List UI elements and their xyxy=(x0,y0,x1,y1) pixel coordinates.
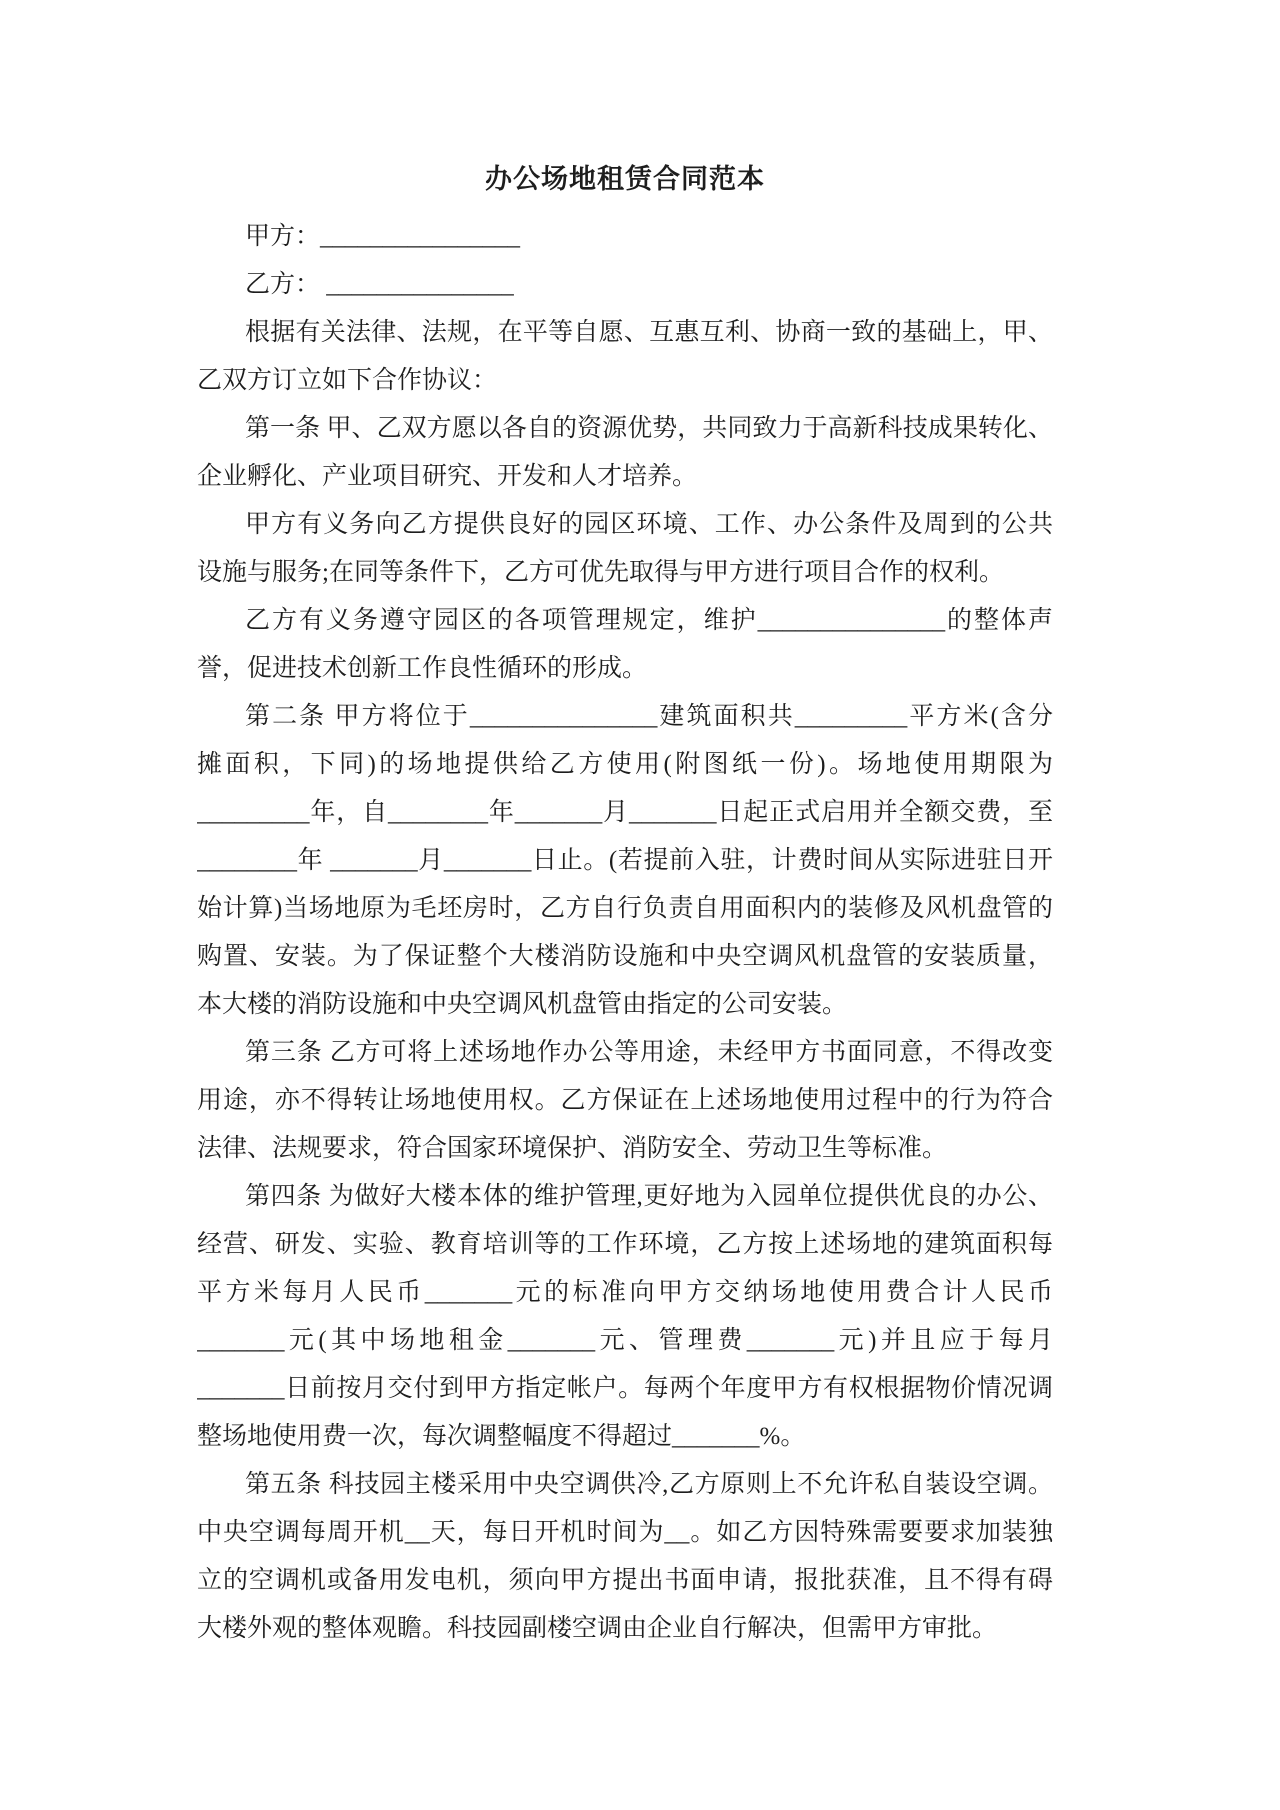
contract-line: 本大楼的消防设施和中央空调风机盘管由指定的公司安装。 xyxy=(197,981,1053,1029)
contract-line: 第二条 甲方将位于_______________建筑面积共_________平方… xyxy=(197,693,1053,741)
contract-line: 乙方有义务遵守园区的各项管理规定，维护_______________的整体声 xyxy=(197,597,1053,645)
contract-line: 立的空调机或备用发电机，须向甲方提出书面申请，报批获准，且不得有碍 xyxy=(197,1557,1053,1605)
contract-body: 甲方：________________乙方： _______________根据… xyxy=(197,213,1053,1653)
contract-line: 第一条 甲、乙双方愿以各自的资源优势，共同致力于高新科技成果转化、 xyxy=(197,405,1053,453)
contract-line: 始计算)当场地原为毛坯房时，乙方自行负责自用面积内的装修及风机盘管的 xyxy=(197,885,1053,933)
contract-line: _______元(其中场地租金_______元、管理费_______元)并且应于… xyxy=(197,1317,1053,1365)
contract-line: 设施与服务;在同等条件下，乙方可优先取得与甲方进行项目合作的权利。 xyxy=(197,549,1053,597)
contract-line: _______日前按月交付到甲方指定帐户。每两个年度甲方有权根据物价情况调 xyxy=(197,1365,1053,1413)
contract-line: 第四条 为做好大楼本体的维护管理,更好地为入园单位提供优良的办公、 xyxy=(197,1173,1053,1221)
contract-line: 甲方：________________ xyxy=(197,213,1053,261)
contract-document-page: 办公场地租赁合同范本 甲方：________________乙方： ______… xyxy=(0,0,1280,1810)
contract-line: _________年，自________年_______月_______日起正式… xyxy=(197,789,1053,837)
contract-line: 企业孵化、产业项目研究、开发和人才培养。 xyxy=(197,453,1053,501)
contract-line: 乙双方订立如下合作协议： xyxy=(197,357,1053,405)
contract-line: 整场地使用费一次，每次调整幅度不得超过_______%。 xyxy=(197,1413,1053,1461)
contract-line: 平方米每月人民币_______元的标准向甲方交纳场地使用费合计人民币 xyxy=(197,1269,1053,1317)
contract-line: 誉，促进技术创新工作良性循环的形成。 xyxy=(197,645,1053,693)
contract-line: 第三条 乙方可将上述场地作办公等用途，未经甲方书面同意，不得改变 xyxy=(197,1029,1053,1077)
contract-line: 经营、研发、实验、教育培训等的工作环境，乙方按上述场地的建筑面积每 xyxy=(197,1221,1053,1269)
contract-line: 甲方有义务向乙方提供良好的园区环境、工作、办公条件及周到的公共 xyxy=(197,501,1053,549)
contract-line: 大楼外观的整体观瞻。科技园副楼空调由企业自行解决，但需甲方审批。 xyxy=(197,1605,1053,1653)
contract-line: 购置、安装。为了保证整个大楼消防设施和中央空调风机盘管的安装质量， xyxy=(197,933,1053,981)
contract-content: 办公场地租赁合同范本 甲方：________________乙方： ______… xyxy=(197,155,1053,1653)
contract-line: 用途，亦不得转让场地使用权。乙方保证在上述场地使用过程中的行为符合 xyxy=(197,1077,1053,1125)
contract-line: 乙方： _______________ xyxy=(197,261,1053,309)
contract-line: 第五条 科技园主楼采用中央空调供冷,乙方原则上不允许私自装设空调。 xyxy=(197,1461,1053,1509)
contract-title: 办公场地租赁合同范本 xyxy=(197,155,1053,203)
contract-line: 摊面积，下同)的场地提供给乙方使用(附图纸一份)。场地使用期限为 xyxy=(197,741,1053,789)
contract-line: 根据有关法律、法规，在平等自愿、互惠互利、协商一致的基础上，甲、 xyxy=(197,309,1053,357)
contract-line: ________年 _______月_______日止。(若提前入驻，计费时间从… xyxy=(197,837,1053,885)
contract-line: 中央空调每周开机__天，每日开机时间为__。如乙方因特殊需要要求加装独 xyxy=(197,1509,1053,1557)
contract-line: 法律、法规要求，符合国家环境保护、消防安全、劳动卫生等标准。 xyxy=(197,1125,1053,1173)
